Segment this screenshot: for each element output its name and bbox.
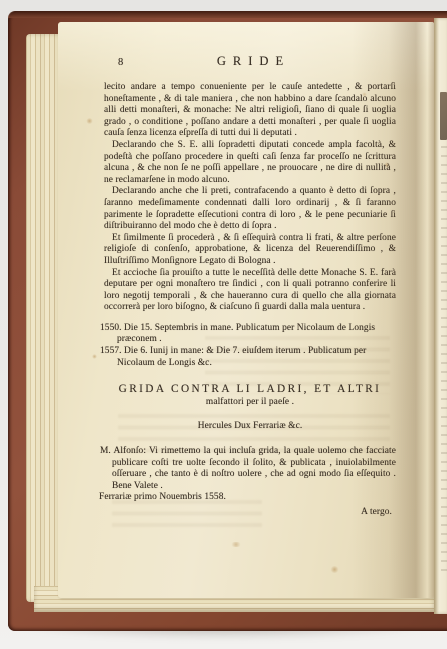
page-gutter-shadow <box>352 22 434 598</box>
foxing-spot <box>230 542 242 547</box>
book-cover-top-edge <box>8 11 447 18</box>
page-number: 8 <box>118 57 123 69</box>
foxing-spot <box>92 354 97 359</box>
foxing-spot <box>330 566 339 573</box>
foxing-spot <box>86 118 93 124</box>
facing-page-text-ghost <box>441 146 447 576</box>
facing-page-ornament <box>440 92 447 140</box>
